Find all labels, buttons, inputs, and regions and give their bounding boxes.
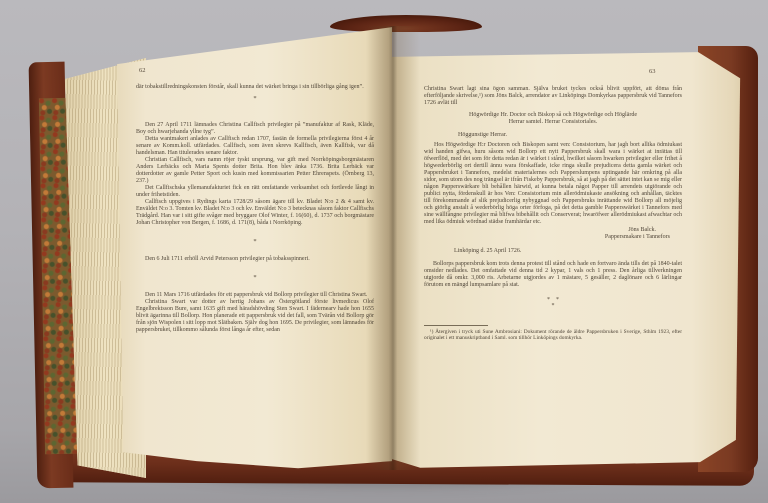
left-page-text: där tobakstillredningskonsten förstår, s… [136,84,374,334]
asterism-separator: * * * [424,297,682,309]
paragraph-rydings-karta: Callfisch uppgives i Rydings karta 1728/… [136,199,374,227]
letter-signature-title: Pappersmakare i Tannefors [424,234,670,241]
paragraph-wantmakeri: Detta wantmakeri anlades av Callfisch re… [136,136,374,157]
letter-signature-name: Jöns Balck. [424,227,656,234]
paragraph-11-mars-1716: Den 11 Mars 1716 utfärdades för ett papp… [136,292,374,299]
letter-address-line1: Högwördige Hr. Doctor och Biskop så och … [424,112,682,119]
right-page-number: 63 [649,68,656,75]
footnote-text: ¹) Återgiven i tryck uti Sune Ambrosiani… [424,329,682,342]
paragraph-6-juli-1711: Den 6 Juli 1711 erhöll Arvid Petersson p… [136,256,374,263]
paragraph-yllemanufakturiet: Det Callfischska yllemanufakturiet fick … [136,185,374,199]
paragraph-bollorp-history: Bollorps pappersbruk kom trots denna pro… [424,261,682,289]
letter-salutation: Höggunstige Herrar. [458,132,682,139]
section-separator-icon: * [136,95,374,102]
letter-dateline: Linköping d. 25 April 1726. [454,248,682,255]
paragraph-christina-swart: Christina Swart var dotter av hertig Joh… [136,299,374,334]
right-page-text: Christina Swart lagt sina ögon samman. S… [424,86,682,342]
section-separator-icon: * [136,274,374,281]
paragraph-privilege-1711: Den 27 April 1711 lämnades Christina Cal… [136,122,374,136]
letter-address-line2: Herrar samtel. Herrar Consistoriales. [424,119,682,126]
section-separator-icon: * [136,238,374,245]
book-headband [330,15,482,32]
asterism-bottom: * [424,303,682,309]
left-page-number: 62 [139,67,146,74]
photo-of-open-book: 62 63 där tobakstillredningskonsten förs… [0,0,768,503]
footnote-rule [424,325,488,326]
paragraph-continuation: Christina Swart lagt sina ögon samman. S… [424,86,682,107]
paragraph-continuation: där tobakstillredningskonsten förstår, s… [136,84,374,91]
paragraph-christian-callfisch: Christian Callfisch, vars namn röjer tys… [136,157,374,185]
letter-body: Hos Högwördige H:r Doctoren och Biskopen… [424,142,682,226]
